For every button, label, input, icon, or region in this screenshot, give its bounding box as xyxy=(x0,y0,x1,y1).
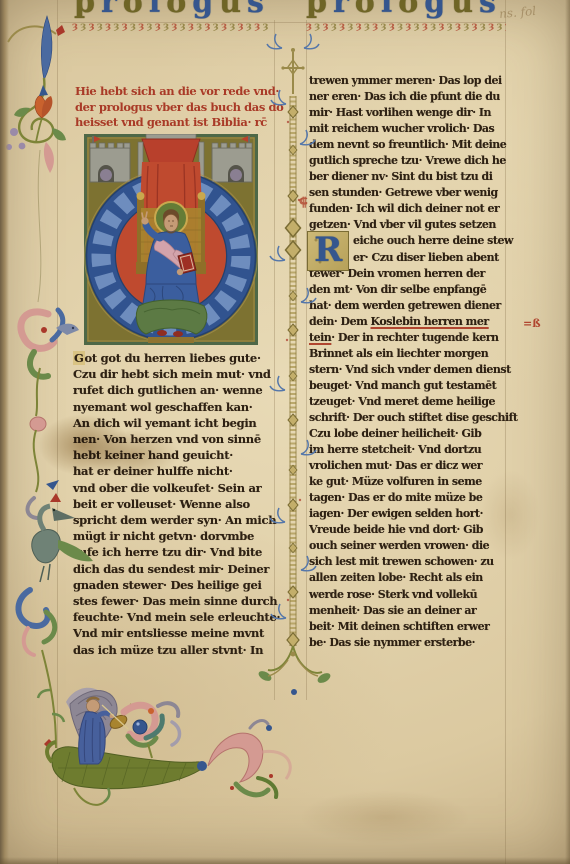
red-underlined-text: tein xyxy=(309,331,331,344)
text-line: beuget· Vnd manch gut testamēt xyxy=(309,378,505,394)
text-line: trewen ymmer meren· Das lop dei xyxy=(309,73,505,89)
running-title-letter: s xyxy=(247,0,268,19)
margin-annotation: =ß xyxy=(523,317,541,330)
text-line: vnd ober die volkeufet· Sein ar xyxy=(73,480,263,496)
penwork-glyph: ȝ xyxy=(89,21,97,32)
page-edge-bottom xyxy=(0,857,570,864)
text-line: nen· Von herzen vnd von sinnē xyxy=(73,431,263,447)
angel-on-leaf xyxy=(44,688,290,805)
text-column-left: Got got du herren liebes gute·Czu dir he… xyxy=(73,350,263,658)
text-column-right: R trewen ymmer meren· Das lop deiner ere… xyxy=(309,73,505,651)
running-title-right-text: prologus xyxy=(306,0,506,19)
penwork-glyph: ȝ xyxy=(229,21,237,32)
text-line: menheit· Das sie an deiner ar xyxy=(309,603,505,619)
rubric-line: Hie hebt sich an die vor rede vnd· xyxy=(75,84,263,100)
text-line: tein· Der in rechter tugende kern xyxy=(309,330,505,346)
penwork-glyph: ȝ xyxy=(430,21,438,32)
illuminated-initial-r: R xyxy=(307,231,349,271)
penwork-glyph: ȝ xyxy=(372,21,380,32)
penwork-glyph: ȝ xyxy=(347,21,355,32)
penwork-glyph: ȝ xyxy=(113,21,121,32)
text-line: eiche ouch herre deine stew xyxy=(353,233,505,249)
penwork-glyph: ȝ xyxy=(314,21,322,32)
text-line: funden· Ich wil dich deiner not er xyxy=(309,201,505,217)
rubric-line: heisset vnd genant ist Biblia· rc̄ xyxy=(75,115,263,131)
penwork-glyph: ȝ xyxy=(480,21,488,32)
running-title-letter: o xyxy=(123,0,149,19)
penwork-glyph: ȝ xyxy=(122,21,130,32)
penwork-glyph: ȝ xyxy=(323,21,331,32)
text-line: hebt keiner hand geuicht· xyxy=(73,447,263,463)
text-line: das ich müze tzu aller stvnt· In xyxy=(73,642,263,658)
penwork-glyph: ȝ xyxy=(447,21,455,32)
text-line: im herre stetcheit· Vnd dortzu xyxy=(309,442,505,458)
penwork-glyph: ȝ xyxy=(381,21,389,32)
penwork-glyph: ȝ xyxy=(155,21,163,32)
running-title-letter: l xyxy=(149,0,166,19)
running-title-left: prologus xyxy=(74,0,268,19)
text-line: dich das du sendest mir· Deiner xyxy=(73,561,263,577)
running-title-letter: p xyxy=(74,0,101,19)
running-title-letter: g xyxy=(192,0,219,19)
folio-inscription: ns. fol xyxy=(499,1,570,21)
text-line: schrift· Der ouch stiftet dise geschift xyxy=(309,410,505,426)
penwork-glyph: ȝ xyxy=(80,21,88,32)
running-title-letter: r xyxy=(333,0,355,19)
text-line: beit er volleuset· Wenne also xyxy=(73,496,263,512)
text-line: beit· Mit deinen schtiften erwer xyxy=(309,619,505,635)
penwork-glyph: ȝ xyxy=(180,21,188,32)
text-line: werde rose· Sterk vnd vollekū xyxy=(309,587,505,603)
running-title-letter: u xyxy=(451,0,479,19)
ruling-line-right xyxy=(505,0,506,864)
rubric: Hie hebt sich an die vor rede vnd·der pr… xyxy=(75,84,263,131)
penwork-glyph: ȝ xyxy=(97,21,105,32)
christ-enthroned-illumination xyxy=(84,134,258,345)
running-title-right: prologus xyxy=(306,0,506,19)
penwork-glyph: ȝ xyxy=(171,21,179,32)
text-line: stern· Vnd sich vnder demen dienst xyxy=(309,362,505,378)
text-line: gutlich spreche tzu· Vrewe dich he xyxy=(309,153,505,169)
penwork-glyph: ȝ xyxy=(138,21,146,32)
penwork-glyph: ȝ xyxy=(496,21,504,32)
penwork-glyph: ȝ xyxy=(439,21,447,32)
running-title-letter: l xyxy=(381,0,398,19)
paragraph-mark: ⸿ xyxy=(299,193,308,210)
text-line: mir· Hast vorlihen wenge dir· In xyxy=(309,105,505,121)
text-line: er· Czu diser lieben abent xyxy=(353,250,505,266)
text-line: iagen· Der ewigen selden hort· xyxy=(309,506,505,522)
text-line: Czu dir hebt sich mein mut· vnd xyxy=(73,366,263,382)
penwork-glyph: ȝ xyxy=(414,21,422,32)
text-line: den mt· Von dir selbe enpfangē xyxy=(309,282,505,298)
text-line: vrolichen mut· Das er dicz wer xyxy=(309,458,505,474)
text-line: rufe ich herre tzu dir· Vnd bite xyxy=(73,544,263,560)
manuscript-page: prologus prologus ȝȝȝȝȝȝȝȝȝȝȝȝȝȝȝȝȝȝȝȝȝȝ… xyxy=(0,0,570,864)
miniature-initial xyxy=(84,134,258,345)
penwork-flourish-right: ȝȝȝȝȝȝȝȝȝȝȝȝȝȝȝȝȝȝȝȝȝȝȝȝȝȝȝȝ xyxy=(306,21,506,37)
text-line: be· Das sie nymmer ersterbe· xyxy=(309,635,505,651)
rubric-line: der prologus vber das buch das do xyxy=(75,100,263,116)
penwork-glyph: ȝ xyxy=(147,21,155,32)
text-line: ner eren· Das ich die pfunt die du xyxy=(309,89,505,105)
penwork-glyph: ȝ xyxy=(238,21,246,32)
penwork-glyph: ȝ xyxy=(246,21,254,32)
text-line: hat· dem werden getrewen diener xyxy=(309,298,505,314)
penwork-glyph: ȝ xyxy=(356,21,364,32)
highlighted-capital: G xyxy=(73,351,85,365)
ruling-line-center-right xyxy=(306,20,307,700)
text-line: dein· Dem Koslebin herren mer xyxy=(309,314,505,330)
text-line: allen zeiten lobe· Recht als ein xyxy=(309,570,505,586)
text-line: An dich wil yemant icht begin xyxy=(73,415,263,431)
penwork-glyph: ȝ xyxy=(389,21,397,32)
penwork-glyph: ȝ xyxy=(364,21,372,32)
text-line: gnaden stewer· Des heilige gei xyxy=(73,577,263,593)
penwork-glyph: ȝ xyxy=(472,21,480,32)
page-edge-left xyxy=(0,0,9,864)
text-line: hat er deiner hulffe nicht· xyxy=(73,463,263,479)
running-title-letter: g xyxy=(424,0,451,19)
penwork-glyph: ȝ xyxy=(130,21,138,32)
running-title-letter: u xyxy=(219,0,247,19)
text-line: sen stunden· Getrewe vber wenig xyxy=(309,185,505,201)
text-line: ber diener nv· Sint du bist tzu di xyxy=(309,169,505,185)
text-line: Czu lobe deiner heilicheit· Gib xyxy=(309,426,505,442)
text-line: Brinnet als ein liechter morgen xyxy=(309,346,505,362)
penwork-glyph: ȝ xyxy=(463,21,471,32)
penwork-glyph: ȝ xyxy=(505,21,506,32)
penwork-glyph: ȝ xyxy=(205,21,213,32)
text-line: spricht dem werder syn· An mich xyxy=(73,512,263,528)
text-line: Vreude beide hie vnd dort· Gib xyxy=(309,522,505,538)
running-title-letter: o xyxy=(355,0,381,19)
penwork-glyph: ȝ xyxy=(405,21,413,32)
running-title-left-text: prologus xyxy=(74,0,268,19)
penwork-glyph: ȝ xyxy=(213,21,221,32)
text-line: Vnd mir entsliesse meine mvnt xyxy=(73,625,263,641)
ruling-line-left xyxy=(57,0,58,864)
text-line: tagen· Das er do mite müze be xyxy=(309,490,505,506)
text-line: Got got du herren liebes gute· xyxy=(73,350,263,366)
text-line: stes fewer· Das mein sinne durch xyxy=(73,593,263,609)
text-line: dem nevnt so freuntlich· Mit deine xyxy=(309,137,505,153)
running-title-letter: o xyxy=(166,0,192,19)
text-line: feuchte· Vnd mein sele erleuchte· xyxy=(73,609,263,625)
text-line: sich lest mit trewen schowen· zu xyxy=(309,554,505,570)
penwork-flourish-left: ȝȝȝȝȝȝȝȝȝȝȝȝȝȝȝȝȝȝȝȝȝȝȝȝȝȝȝȝ xyxy=(72,21,268,37)
penwork-glyph: ȝ xyxy=(331,21,339,32)
penwork-glyph: ȝ xyxy=(422,21,430,32)
text-line: ke gut· Müze volfuren in seme xyxy=(309,474,505,490)
text-line: rufet dich gutlichen an· wenne xyxy=(73,382,263,398)
text-line: mit reichem wucher vrolich· Das xyxy=(309,121,505,137)
running-title-letter: p xyxy=(306,0,333,19)
page-edge-right xyxy=(565,0,570,864)
penwork-glyph: ȝ xyxy=(262,21,268,32)
text-line: mügt ir nicht getvn· dorvmbe xyxy=(73,528,263,544)
penwork-glyph: ȝ xyxy=(188,21,196,32)
text-line: ouch seiner werden vrowen· die xyxy=(309,538,505,554)
penwork-glyph: ȝ xyxy=(196,21,204,32)
parchment-stain xyxy=(300,790,470,844)
running-title-letter: o xyxy=(398,0,424,19)
red-underlined-text: Koslebin herren mer xyxy=(371,315,489,328)
text-line: tzeuget· Vnd meret deme heilige xyxy=(309,394,505,410)
text-line: nyemant wol geschaffen kan· xyxy=(73,399,263,415)
running-title-letter: r xyxy=(101,0,123,19)
